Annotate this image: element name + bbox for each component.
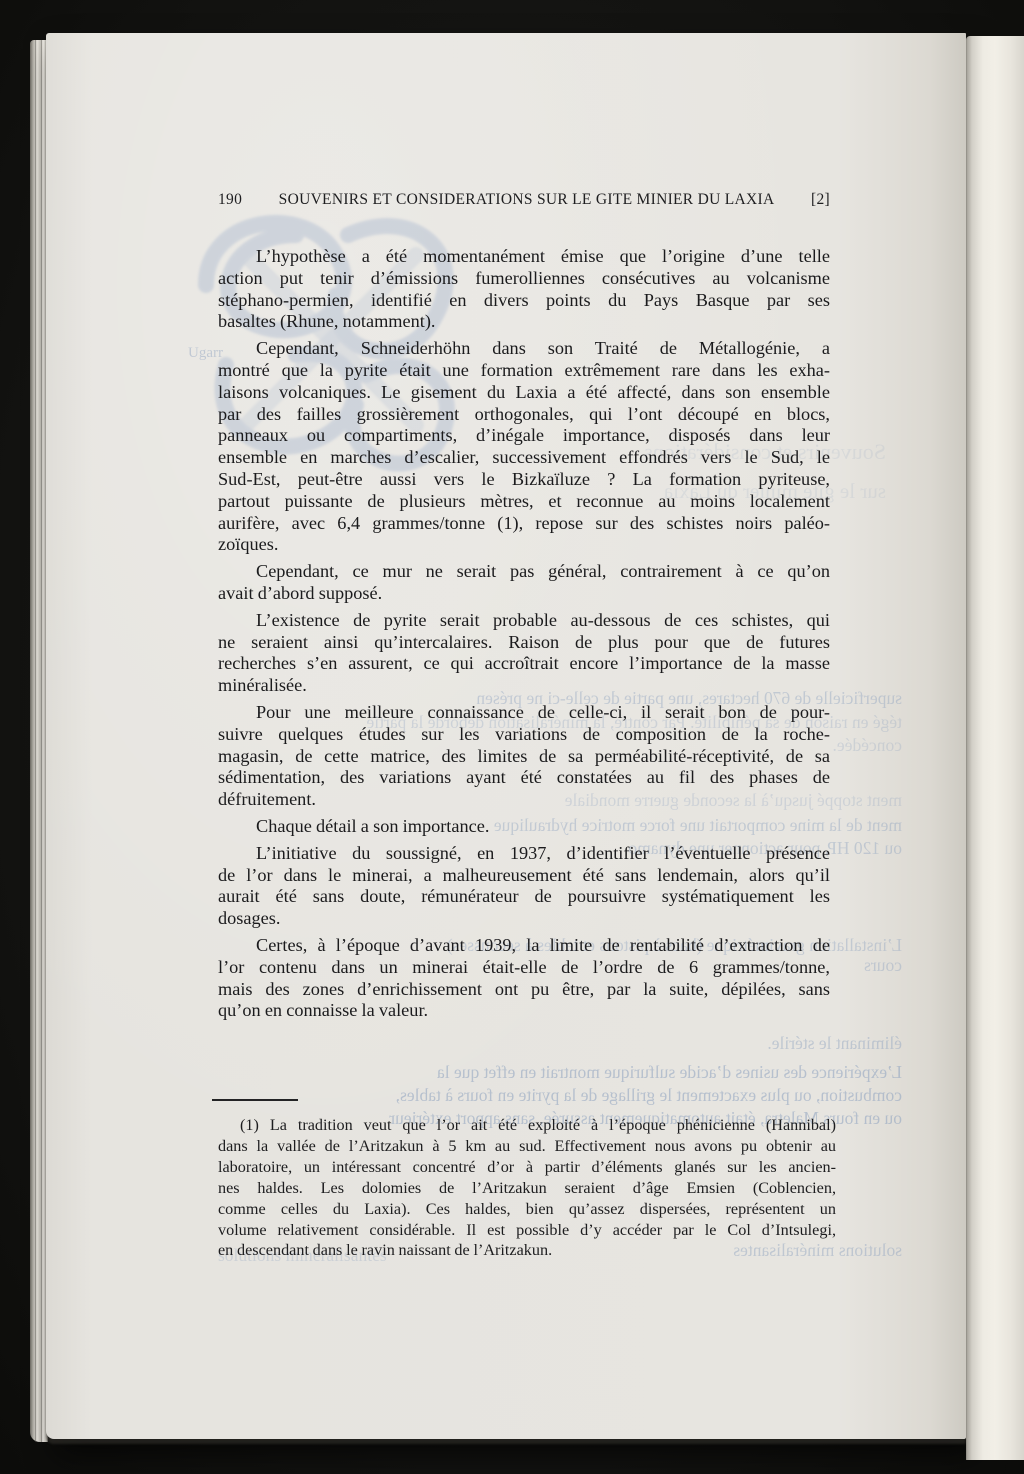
paragraph: Pour une meilleure connaissance de celle… (218, 702, 830, 811)
text-line: suivre quelques études sur les variation… (218, 724, 830, 746)
text-line: mais des zones d’enrichissement ont pu ê… (218, 979, 830, 1001)
text-line: aurait été sans doute, rémunérateur de p… (218, 886, 830, 908)
text-line: Sud-Est, peut-être aussi vers le Bizkaïl… (218, 469, 830, 491)
showthrough-text: combustion, ou plus exactement le grilla… (286, 1085, 902, 1106)
text-line: magasin, de cette matrice, des limites d… (218, 746, 830, 768)
body-text: L’hypothèse a été momentanément émise qu… (218, 246, 830, 1022)
text-line: laboratoire, un intéressant concentré d’… (218, 1157, 836, 1178)
text-line: montré que la pyrite était une formation… (218, 360, 830, 382)
paragraph: Cependant, ce mur ne serait pas général,… (218, 561, 830, 605)
text-line: dosages. (218, 908, 830, 930)
paragraph: Cependant, Schneiderhöhn dans son Traité… (218, 338, 830, 556)
text-line: Pour une meilleure connaissance de celle… (218, 702, 830, 724)
text-line: ne seraient ainsi qu’intercalaires. Rais… (218, 632, 830, 654)
text-line: en descendant dans le ravin naissant de … (218, 1240, 836, 1261)
text-line: Cependant, Schneiderhöhn dans son Traité… (218, 338, 830, 360)
text-line: Certes, à l’époque d’avant 1939, la limi… (218, 935, 830, 957)
text-line: comme celles du Laxia). Ces haldes, bien… (218, 1199, 836, 1220)
text-line: stéphano-permien, identifié en divers po… (218, 290, 830, 312)
running-title: SOUVENIRS ET CONSIDERATIONS SUR LE GITE … (242, 191, 811, 209)
showthrough-text: éliminant le stérile. (286, 1033, 902, 1054)
facing-page-edge (966, 36, 1024, 1460)
text-line: L’initiative du soussigné, en 1937, d’id… (218, 843, 830, 865)
text-line: nes haldes. Les dolomies de l’Aritzakun … (218, 1178, 836, 1199)
footnote: (1) La tradition veut que l’or ait été e… (218, 1115, 836, 1261)
text-line: L’hypothèse a été momentanément émise qu… (218, 246, 830, 268)
text-line: de l’or dans le minerai, a malheureuseme… (218, 865, 830, 887)
text-line: l’or contenu dans un minerai était-elle … (218, 957, 830, 979)
text-line: par des failles grossièrement orthogonal… (218, 404, 830, 426)
text-line: recherches s’en assurent, ce qui accroît… (218, 653, 830, 675)
text-line: volume relativement considérable. Il est… (218, 1220, 836, 1241)
page-header: 190 SOUVENIRS ET CONSIDERATIONS SUR LE G… (218, 191, 830, 209)
scanner-background: UgarrSouvenirs et considérationssur le g… (0, 0, 1024, 1474)
text-line: défruitement. (218, 789, 830, 811)
text-line: Chaque détail a son importance. (218, 816, 830, 838)
paragraph: L’hypothèse a été momentanément émise qu… (218, 246, 830, 333)
text-line: sédimentation, des variations ayant été … (218, 767, 830, 789)
text-line: Cependant, ce mur ne serait pas général,… (218, 561, 830, 583)
text-line: L’existence de pyrite serait probable au… (218, 610, 830, 632)
text-line: basaltes (Rhune, notamment). (218, 311, 830, 333)
page-number: 190 (218, 191, 242, 209)
paragraph: Certes, à l’époque d’avant 1939, la limi… (218, 935, 830, 1022)
text-line: partout puissante de plusieurs mètres, e… (218, 491, 830, 513)
showthrough-text: L’expérience des usines d’acide sulfuriq… (286, 1062, 902, 1083)
text-line: laisons volcaniques. Le gisement du Laxi… (218, 382, 830, 404)
text-line: action put tenir d’émissions fumerollien… (218, 268, 830, 290)
text-line: minéralisée. (218, 675, 830, 697)
text-line: panneaux ou compartiments, d’inégale imp… (218, 425, 830, 447)
text-line: qu’on en connaisse la valeur. (218, 1000, 830, 1022)
text-line: dans la vallée de l’Aritzakun à 5 km au … (218, 1136, 836, 1157)
paragraph: L’existence de pyrite serait probable au… (218, 610, 830, 697)
text-line: avait d’abord supposé. (218, 583, 830, 605)
text-line: zoïques. (218, 534, 830, 556)
paragraph: L’initiative du soussigné, en 1937, d’id… (218, 843, 830, 930)
paragraph: Chaque détail a son importance. (218, 816, 830, 838)
bracket-reference: [2] (811, 191, 830, 209)
text-line: (1) La tradition veut que l’or ait été e… (218, 1115, 836, 1136)
footnote-rule (212, 1099, 298, 1101)
text-line: ensemble en marches d’escalier, successi… (218, 447, 830, 469)
text-line: aurifère, avec 6,4 grammes/tonne (1), re… (218, 513, 830, 535)
book-page: UgarrSouvenirs et considérationssur le g… (46, 33, 966, 1439)
